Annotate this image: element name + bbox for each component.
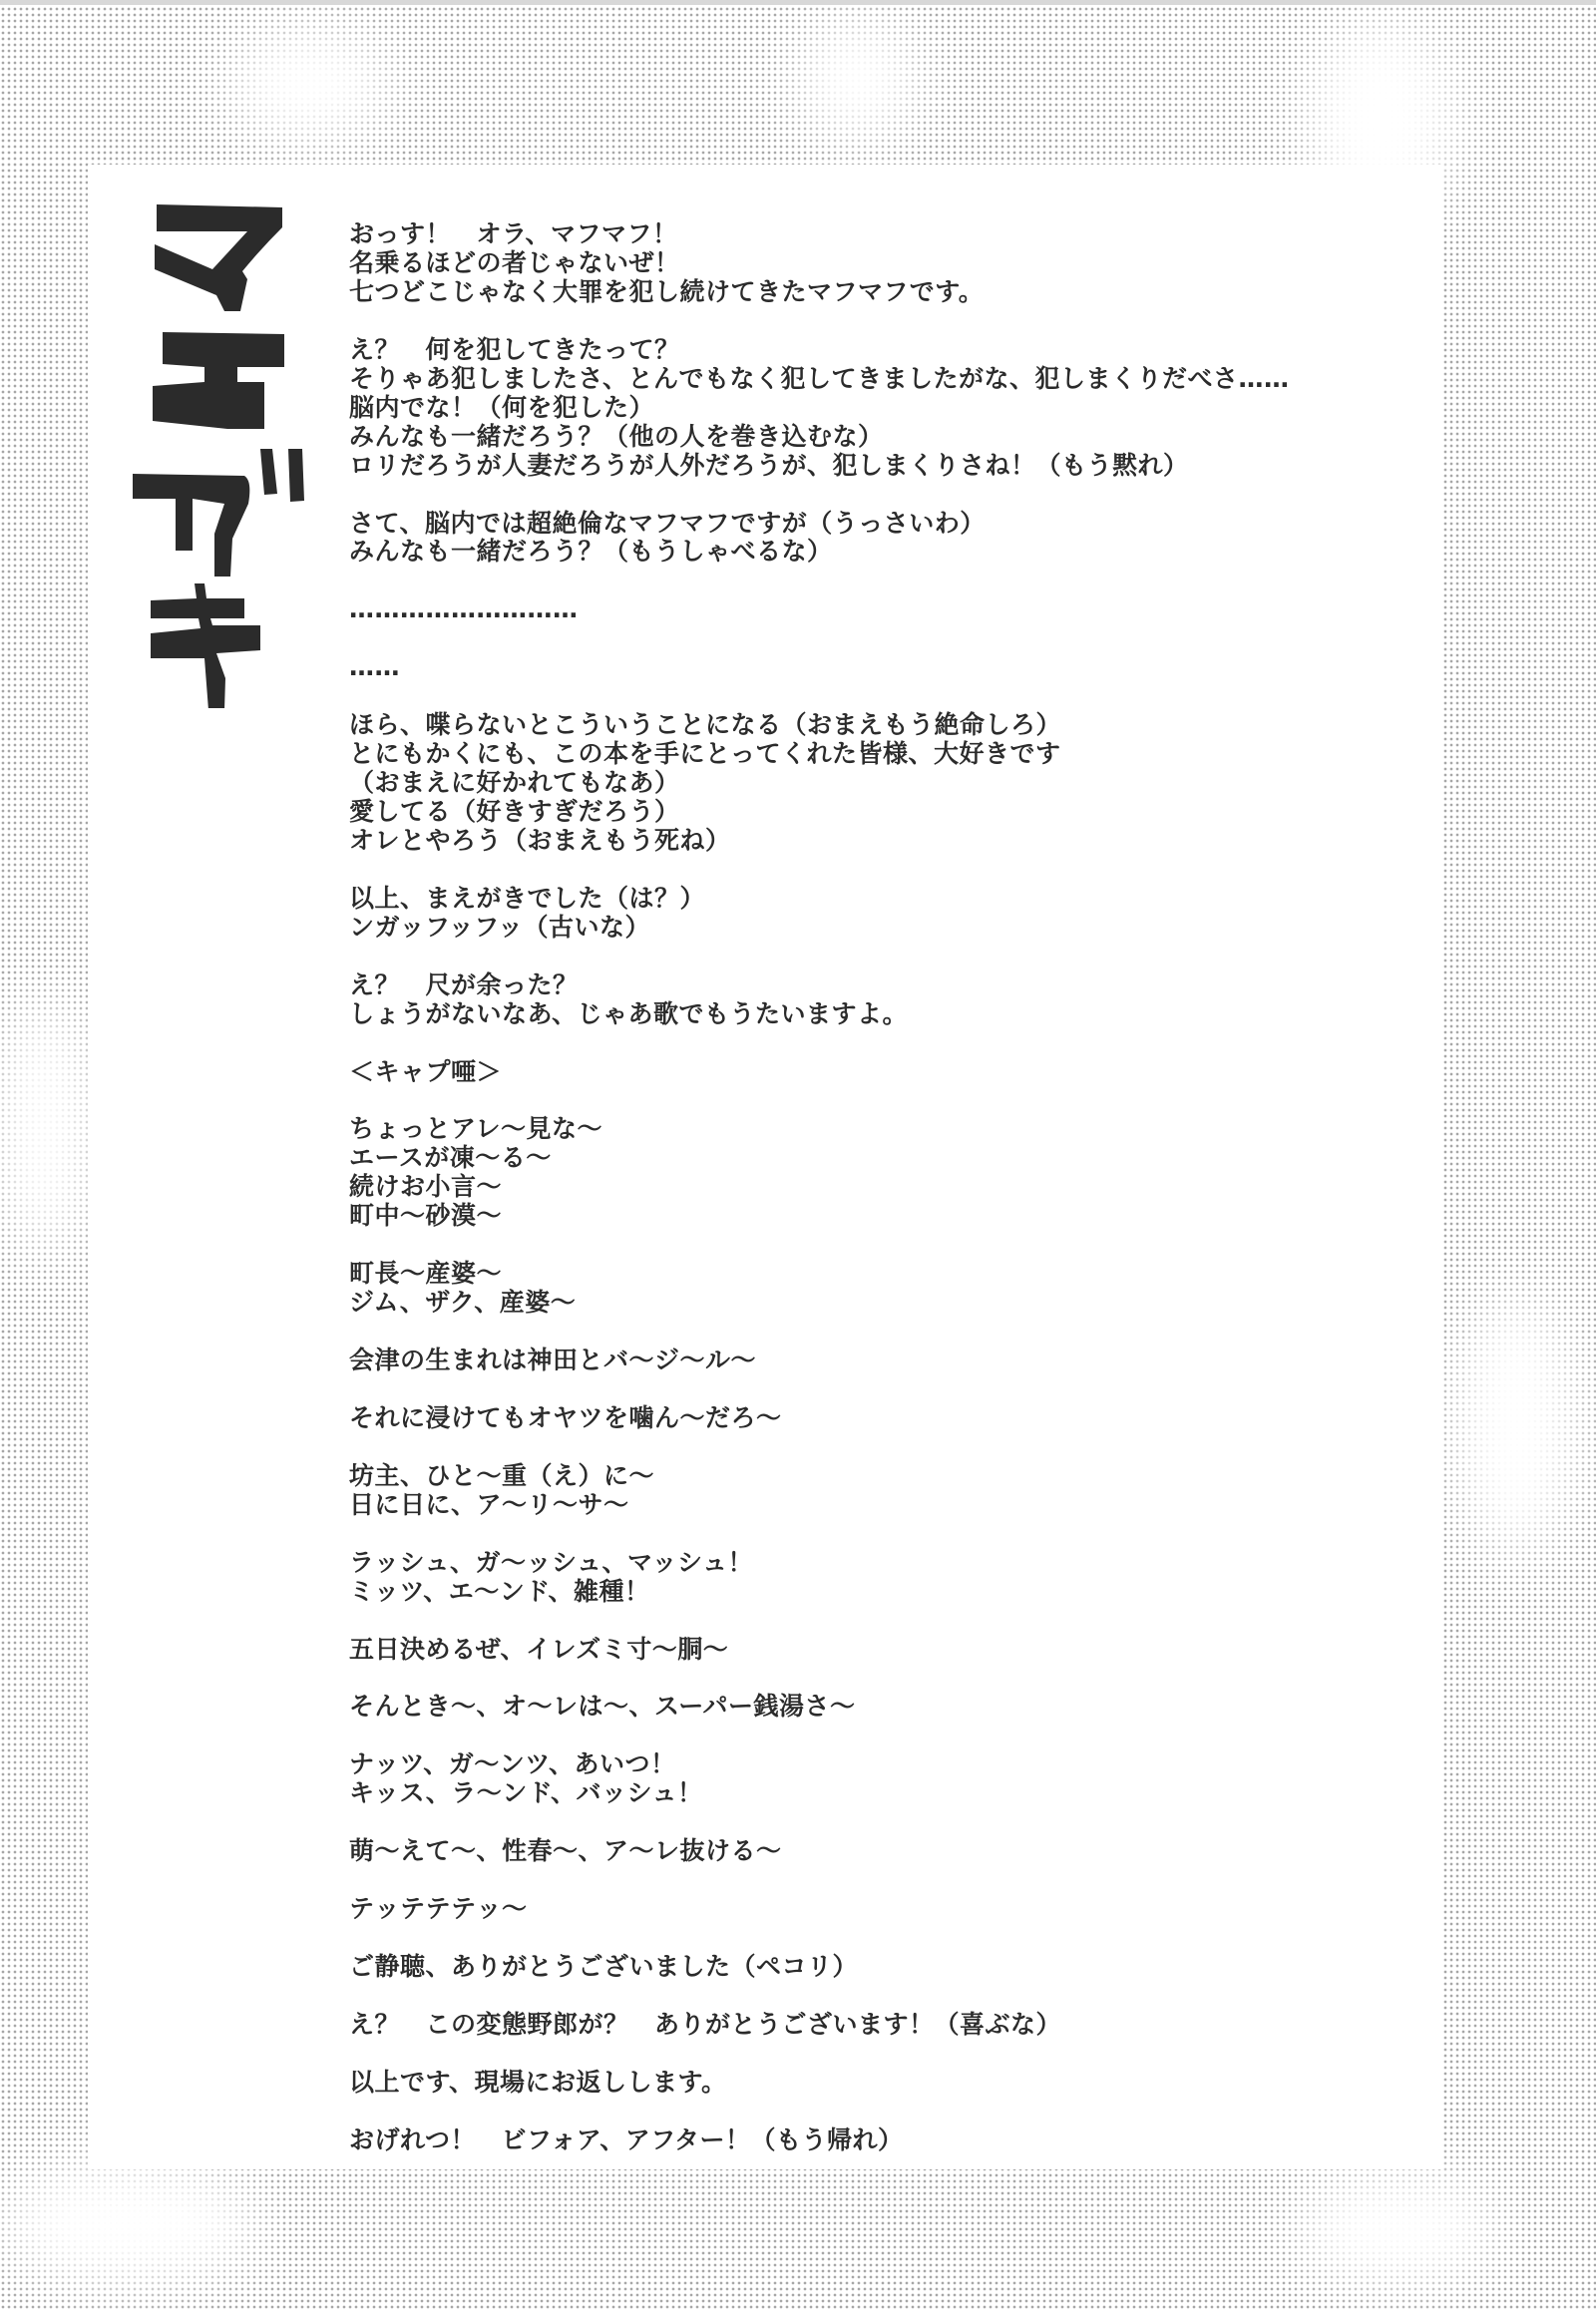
text-line: ご静聴、ありがとうございました（ペコリ） bbox=[349, 1952, 858, 1981]
text-line: 町中～砂漠～ bbox=[349, 1201, 502, 1230]
text-line: みんなも一緒だろう？（他の人を巻き込むな） bbox=[349, 422, 884, 451]
text-line: 愛してる（好きすぎだろう） bbox=[349, 797, 680, 826]
text-line: キッス、ラ～ンド、バッシュ！ bbox=[349, 1778, 703, 1807]
text-line: 萌～えて～、性春～、ア～レ抜ける～ bbox=[349, 1836, 782, 1865]
text-line: ほら、喋らないとこういうことになる（おまえもう絶命しろ） bbox=[349, 710, 1061, 739]
title-char-ki bbox=[151, 583, 260, 708]
text-line: それに浸けてもオヤツを噛ん～だろ～ bbox=[349, 1403, 782, 1432]
text-line: おげれつ！ ビフォア、アフター！（もう帰れ） bbox=[349, 2125, 904, 2154]
text-line: 坊主、ひと～重（え）に～ bbox=[349, 1461, 654, 1490]
text-line: え？ 尺が余った？ bbox=[349, 970, 579, 999]
text-line: 日に日に、ア～リ～サ～ bbox=[349, 1490, 629, 1519]
title-char-ga bbox=[133, 449, 304, 577]
title-char-e bbox=[153, 332, 284, 429]
text-line: そんとき～、オ～レは～、スーパー銭湯さ～ bbox=[349, 1692, 856, 1721]
text-line: ＜キャプ唖＞ bbox=[349, 1057, 502, 1086]
text-line: 会津の生まれは神田とバ～ジ～ル～ bbox=[349, 1346, 756, 1374]
text-line: ミッツ、エ～ンド、雑種！ bbox=[349, 1577, 650, 1606]
text-line: 以上、まえがきでした（は？） bbox=[349, 884, 705, 913]
text-line: とにもかくにも、この本を手にとってくれた皆様、大好きです bbox=[349, 739, 1061, 768]
text-line: しょうがないなあ、じゃあ歌でもうたいますよ。 bbox=[349, 999, 908, 1028]
tone-highlight bbox=[1456, 1297, 1576, 1556]
text-line: 名乗るほどの者じゃないぜ！ bbox=[349, 248, 680, 277]
text-line: …… bbox=[349, 652, 400, 681]
page-title: マエガキ bbox=[133, 199, 312, 708]
text-line: 五日決めるぜ、イレズミ寸～胴～ bbox=[349, 1635, 728, 1664]
tone-highlight bbox=[229, 30, 389, 140]
page-edge bbox=[0, 0, 1596, 5]
text-line: おっす！ オラ、マフマフ！ bbox=[349, 219, 678, 248]
text-line: ジム、ザク、産婆～ bbox=[349, 1288, 576, 1317]
text-line: オレとやろう（おまえもう死ね） bbox=[349, 826, 731, 855]
text-line: エースが凍～る～ bbox=[349, 1143, 552, 1172]
text-line: ンガッフッフッ（古いな） bbox=[349, 913, 650, 942]
title-brush-glyphs bbox=[133, 199, 312, 708]
text-line: 続けお小言～ bbox=[349, 1172, 502, 1201]
text-line: 七つどこじゃなく大罪を犯し続けてきたマフマフです。 bbox=[349, 277, 984, 306]
text-line: （おまえに好かれてもなあ） bbox=[349, 768, 680, 797]
text-line: テッテテテッ～ bbox=[349, 1894, 528, 1923]
text-line: 町長～産婆～ bbox=[349, 1259, 502, 1288]
text-line: さて、脳内では超絶倫なマフマフですが（うっさいわ） bbox=[349, 509, 986, 538]
tone-highlight bbox=[0, 997, 90, 1257]
tone-highlight bbox=[798, 20, 918, 140]
text-line: え？ この変態野郎が？ ありがとうございます！（喜ぶな） bbox=[349, 2010, 1061, 2039]
text-line: ラッシュ、ガ～ッシュ、マッシュ！ bbox=[349, 1548, 753, 1577]
tone-highlight bbox=[1297, 2174, 1496, 2284]
text-line: みんなも一緒だろう？（もうしゃべるな） bbox=[349, 537, 833, 566]
text-line: そりゃあ犯しましたさ、とんでもなく犯してきましたがな、犯しまくりだべさ…… bbox=[349, 364, 1290, 393]
text-line: ……………………… bbox=[349, 594, 579, 623]
text-line: ロリだろうが人妻だろうが人外だろうが、犯しまくりさね！（もう黙れ） bbox=[349, 451, 1189, 480]
text-line: 脳内でな！（何を犯した） bbox=[349, 393, 654, 422]
tone-highlight bbox=[0, 2164, 259, 2284]
title-char-ma bbox=[155, 204, 282, 311]
text-line: ちょっとアレ～見な～ bbox=[349, 1114, 602, 1143]
text-line: ナッツ、ガ～ンツ、あいつ！ bbox=[349, 1749, 676, 1778]
text-line: え？ 何を犯してきたって？ bbox=[349, 335, 680, 364]
text-line: 以上です、現場にお返しします。 bbox=[349, 2068, 727, 2097]
